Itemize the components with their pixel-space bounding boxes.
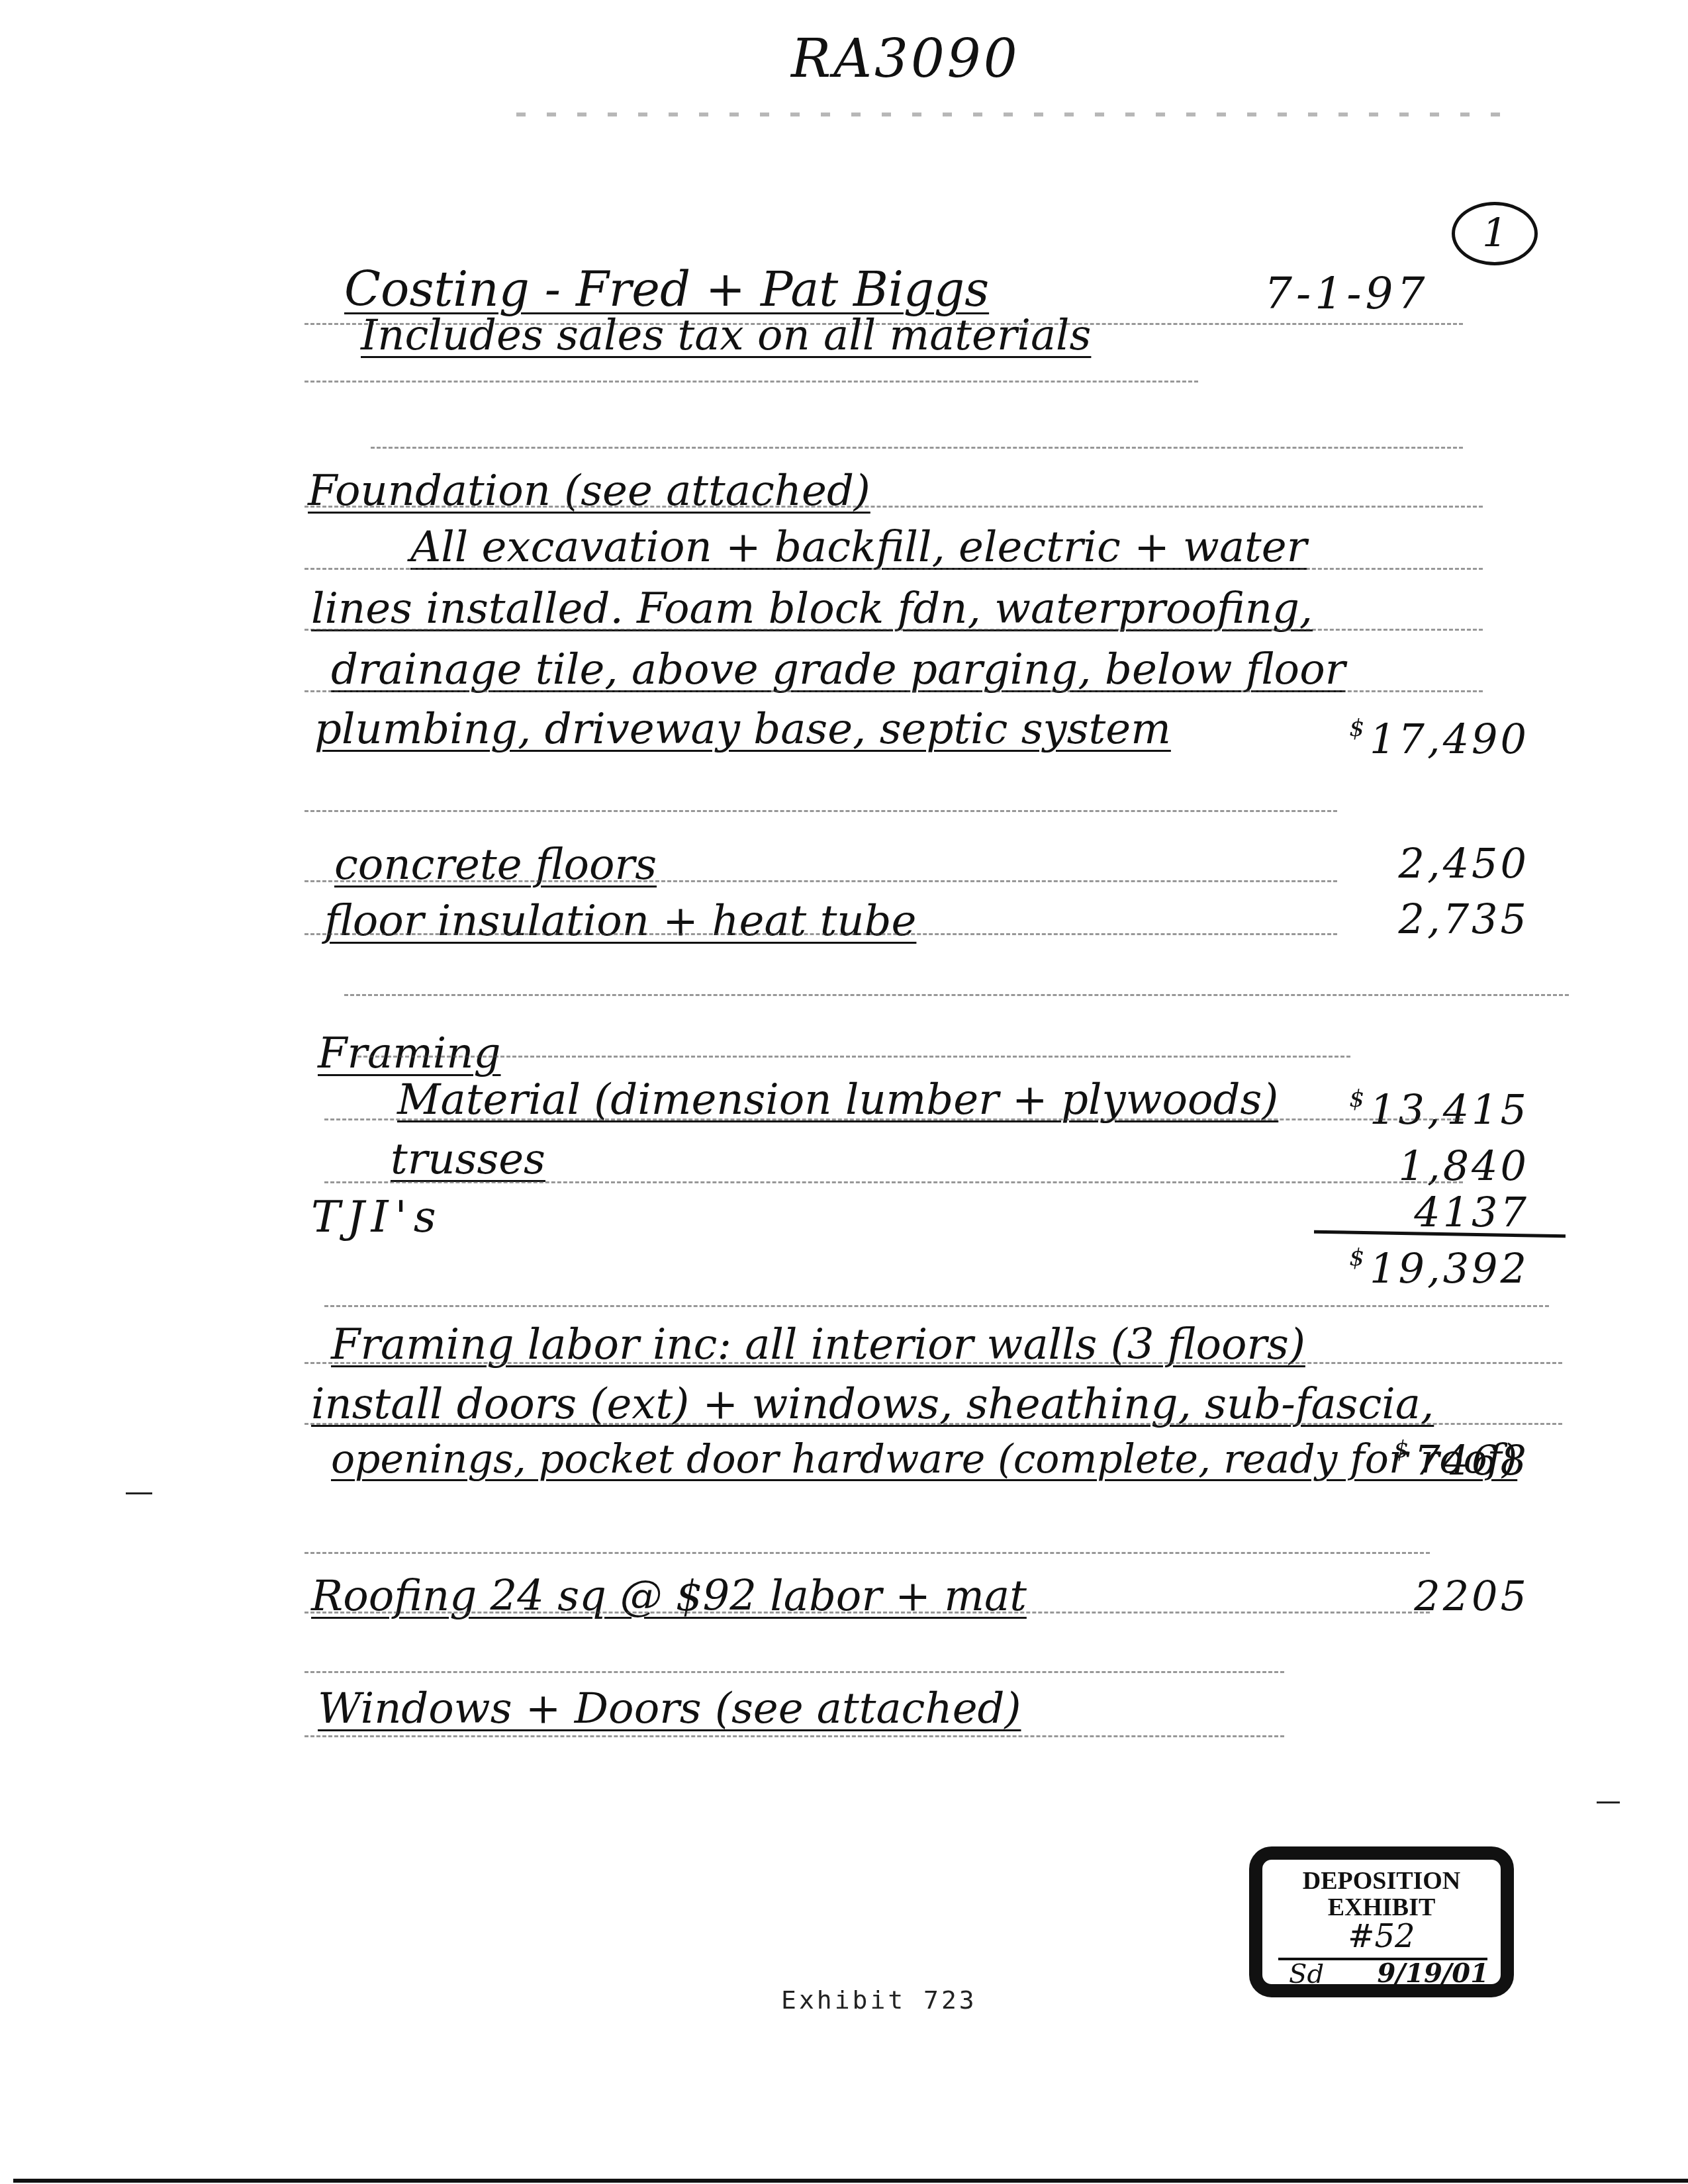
- currency-symbol: $: [1393, 1436, 1411, 1463]
- ruled-line: [305, 381, 1198, 383]
- ruled-line: [371, 447, 1463, 449]
- ruled-line: [305, 629, 1483, 631]
- ruled-line: [344, 994, 1569, 996]
- page-number: 1: [1482, 210, 1507, 257]
- concrete-floors-amount: 2,450: [1399, 839, 1530, 887]
- reference-code: RA3090: [791, 28, 1020, 89]
- ruled-line: [305, 568, 1483, 570]
- framing-item-amount: 4137: [1414, 1188, 1529, 1236]
- framing-item-label: TJI's: [311, 1191, 443, 1242]
- ruled-line: [324, 1118, 1463, 1120]
- foundation-line: lines installed. Foam block fdn, waterpr…: [311, 584, 1313, 633]
- document-title: Costing - Fred + Pat Biggs: [344, 261, 989, 317]
- foundation-heading: Foundation (see attached): [308, 467, 870, 516]
- ruled-line: [305, 1671, 1284, 1673]
- currency-symbol: $: [1349, 1085, 1367, 1113]
- ruled-line: [305, 1612, 1430, 1614]
- framing-labor-amount: $7468: [1393, 1436, 1529, 1484]
- roofing-amount: 2205: [1414, 1572, 1529, 1620]
- deposition-exhibit-stamp: DEPOSITION EXHIBIT #52 Sd 9/19/01: [1249, 1846, 1514, 1997]
- ruled-line: [305, 1735, 1284, 1737]
- margin-mark: [126, 1492, 152, 1494]
- exhibit-footer-label: Exhibit 723: [781, 1985, 977, 2015]
- foundation-amount: $17,490: [1349, 715, 1529, 763]
- stamp-line-1: DEPOSITION: [1262, 1868, 1501, 1894]
- foundation-line: All excavation + backfill, electric + wa…: [410, 523, 1307, 572]
- bottom-rule: [13, 2179, 1688, 2183]
- ruled-line: [305, 690, 1483, 692]
- amount-value: 7468: [1414, 1436, 1529, 1484]
- currency-symbol: $: [1349, 715, 1367, 742]
- floor-insulation-label: floor insulation + heat tube: [324, 897, 916, 946]
- framing-heading: Framing: [318, 1029, 501, 1078]
- stamp-initials: Sd: [1289, 1959, 1324, 1989]
- ruled-line: [305, 933, 1337, 935]
- framing-item-label: Material (dimension lumber + plywoods): [397, 1075, 1278, 1124]
- floor-insulation-amount: 2,735: [1399, 895, 1530, 943]
- framing-labor-line: openings, pocket door hardware (complete…: [331, 1436, 1517, 1482]
- ruled-line: [305, 1362, 1562, 1364]
- document-date: 7-1-97: [1264, 268, 1429, 319]
- ruled-line: [324, 1305, 1549, 1307]
- foundation-line: drainage tile, above grade parging, belo…: [331, 645, 1345, 694]
- windows-doors-label: Windows + Doors (see attached): [318, 1684, 1021, 1733]
- ruled-line: [357, 1056, 1350, 1058]
- amount-value: 17,490: [1370, 715, 1529, 763]
- framing-item-label: trusses: [391, 1135, 545, 1184]
- framing-item-amount: $13,415: [1349, 1085, 1529, 1134]
- ruled-line: [305, 810, 1337, 812]
- stamp-exhibit-number: #52: [1262, 1918, 1501, 1955]
- page-number-circle: 1: [1452, 202, 1538, 265]
- framing-subtotal: $19,392: [1349, 1244, 1529, 1293]
- amount-value: 13,415: [1370, 1085, 1529, 1134]
- amount-value: 19,392: [1370, 1244, 1529, 1293]
- stamp-date: 9/19/01: [1378, 1958, 1489, 1989]
- ruled-line: [305, 880, 1337, 882]
- currency-symbol: $: [1349, 1244, 1367, 1271]
- stamp-line-2: EXHIBIT: [1262, 1894, 1501, 1921]
- ruled-line: [305, 1423, 1562, 1425]
- margin-mark: [1597, 1801, 1620, 1803]
- ruled-line: [324, 1181, 1463, 1183]
- ruled-line: [305, 1552, 1430, 1554]
- faint-header-line: [516, 113, 1509, 116]
- ruled-line: [305, 506, 1483, 508]
- tax-note: Includes sales tax on all materials: [361, 311, 1091, 360]
- foundation-line: plumbing, driveway base, septic system: [314, 705, 1171, 754]
- framing-labor-line: install doors (ext) + windows, sheathing…: [311, 1380, 1434, 1429]
